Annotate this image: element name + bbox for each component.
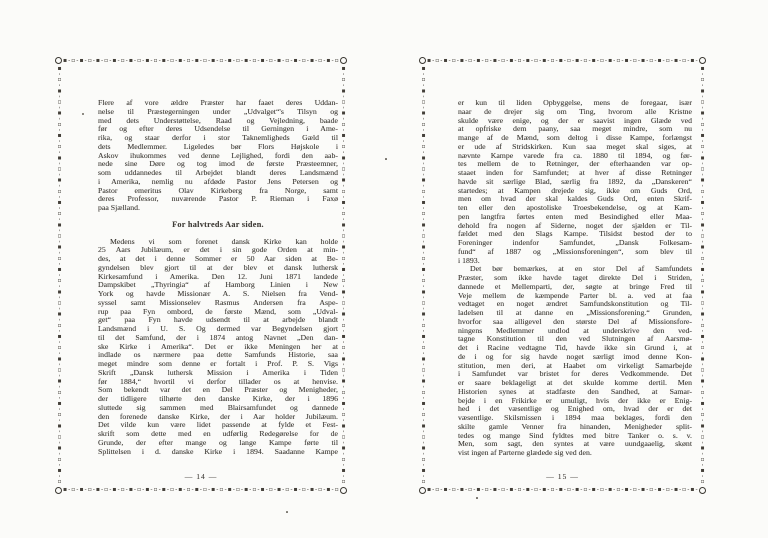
text-line: Splittelsen i d. danske Kirke i 1894. Sa… (98, 448, 338, 457)
page-frame-left: ▪-▫-▪-▫-▪-▫-▪-▫-▪-▫-▪-▫-▪-▫-▪-▫-▪-▫-▪-▫-… (59, 61, 343, 490)
border-corner-icon (340, 57, 347, 64)
section-heading: For halvtreds Aar siden. (98, 221, 338, 230)
page-text-column: Flere af vore ældre Præster har faaet de… (98, 99, 338, 456)
book-spread-scan: ▪-▫-▪-▫-▪-▫-▪-▫-▪-▫-▪-▫-▪-▫-▪-▫-▪-▫-▪-▫-… (0, 0, 768, 538)
scan-speck (286, 511, 288, 513)
page-text-column: er kun til liden Opbyggelse, mens de for… (458, 99, 692, 458)
ornamental-border-top: ▪-▫-▪-▫-▪-▫-▪-▫-▪-▫-▪-▫-▪-▫-▪-▫-▪-▫-▪-▫-… (427, 57, 698, 65)
page-number: — 15 — (423, 472, 702, 481)
scan-speck (82, 113, 84, 115)
page-frame-right: ▪-▫-▪-▫-▪-▫-▪-▫-▪-▫-▪-▫-▪-▫-▪-▫-▪-▫-▪-▫-… (423, 61, 702, 490)
ornamental-border-left: ▪-▫-▪-▫-▪-▫-▪-▫-▪-▫-▪-▫-▪-▫-▪-▫-▪-▫-▪-▫-… (55, 65, 63, 486)
border-corner-icon (699, 487, 706, 494)
ornamental-border-right: ▪-▫-▪-▫-▪-▫-▪-▫-▪-▫-▪-▫-▪-▫-▪-▫-▪-▫-▪-▫-… (339, 65, 347, 486)
page-number: — 14 — (59, 472, 343, 481)
border-corner-icon (55, 57, 62, 64)
border-corner-icon (340, 487, 347, 494)
border-corner-icon (699, 57, 706, 64)
ornamental-border-top: ▪-▫-▪-▫-▪-▫-▪-▫-▪-▫-▪-▫-▪-▫-▪-▫-▪-▫-▪-▫-… (63, 57, 339, 65)
ornamental-border-right: ▪-▫-▪-▫-▪-▫-▪-▫-▪-▫-▪-▫-▪-▫-▪-▫-▪-▫-▪-▫-… (698, 65, 706, 486)
text-line: vist ingen af Parterne glædede sig ved d… (458, 449, 692, 458)
scan-speck (385, 158, 387, 160)
ornamental-border-bottom: ▪-▫-▪-▫-▪-▫-▪-▫-▪-▫-▪-▫-▪-▫-▪-▫-▪-▫-▪-▫-… (427, 486, 698, 494)
ornamental-border-left: ▪-▫-▪-▫-▪-▫-▪-▫-▪-▫-▪-▫-▪-▫-▪-▫-▪-▫-▪-▫-… (419, 65, 427, 486)
text-line: fund“ af 1887 og „Missionsforeningen“, s… (458, 248, 692, 257)
border-corner-icon (55, 487, 62, 494)
scan-speck (476, 497, 478, 499)
border-corner-icon (419, 487, 426, 494)
ornamental-border-bottom: ▪-▫-▪-▫-▪-▫-▪-▫-▪-▫-▪-▫-▪-▫-▪-▫-▪-▫-▪-▫-… (63, 486, 339, 494)
border-corner-icon (419, 57, 426, 64)
text-line: paa Sjælland. (98, 204, 338, 213)
